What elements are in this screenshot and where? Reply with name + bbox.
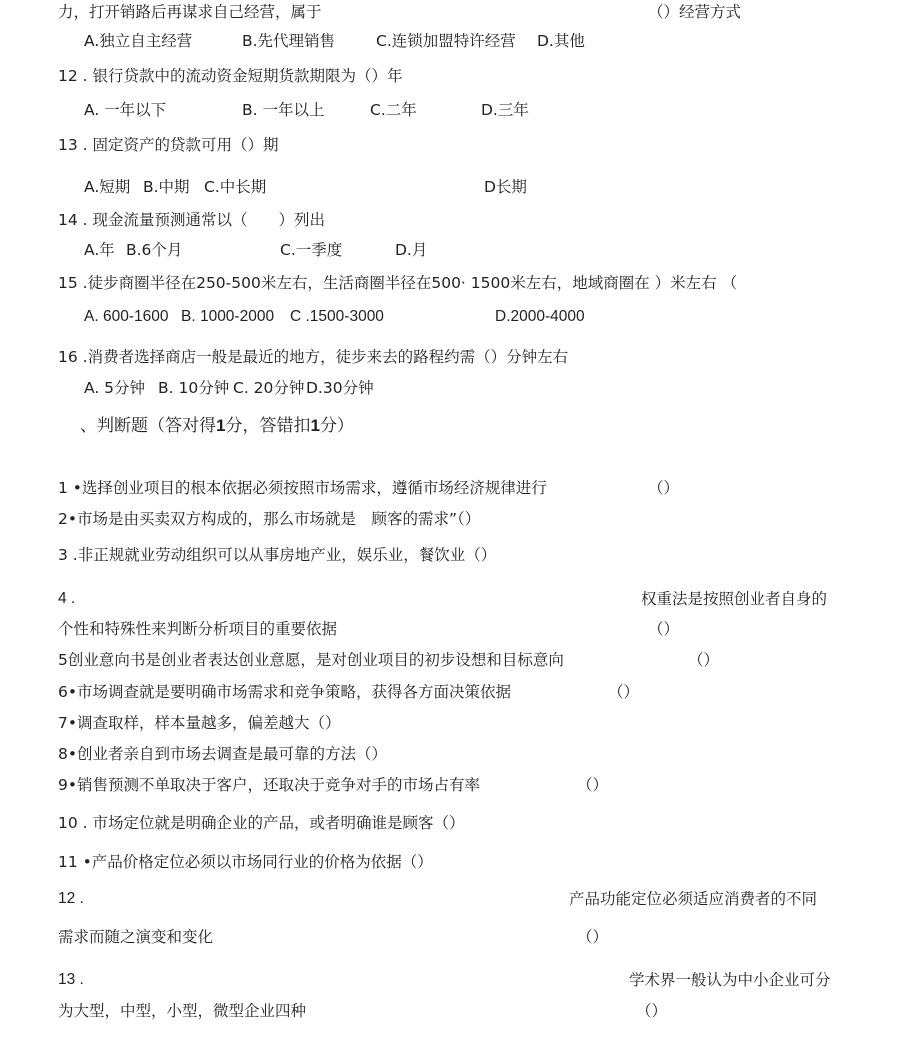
q11-option-b: B.先代理销售 xyxy=(242,31,335,51)
q15-option-a: A. 600-1600 xyxy=(84,307,168,327)
heading-prefix: 、判断题（答对得 xyxy=(80,416,216,436)
q13-option-d: D长期 xyxy=(484,177,527,197)
q12-option-a: A. 一年以下 xyxy=(84,100,166,120)
judgement-12-number: 12 . xyxy=(58,889,84,909)
q16-text: 16 .消费者选择商店一般是最近的地方，徒步来去的路程约需（）分钟左右 xyxy=(58,347,568,367)
q14-option-d: D.月 xyxy=(395,240,427,260)
q14-option-b: B.6个月 xyxy=(126,240,182,260)
heading-score-wrong: 1 xyxy=(310,416,319,435)
q16-option-d: D.30分钟 xyxy=(306,378,374,398)
q14-option-a: A.年 xyxy=(84,240,115,260)
judgement-5-text: 5创业意向书是创业者表达创业意愿，是对创业项目的初步设想和目标意向 xyxy=(58,650,564,670)
section-heading-judgement: 、判断题（答对得1分，答错扣1分） xyxy=(80,416,354,436)
q11-option-a: A.独立自主经营 xyxy=(84,31,192,51)
judgement-6-blank: （） xyxy=(608,682,639,702)
judgement-4-number: 4 . xyxy=(58,589,75,609)
judgement-13-number: 13 . xyxy=(58,970,84,990)
judgement-7-text: 7•调查取样，样本量越多，偏差越大（） xyxy=(58,713,341,733)
heading-suffix: 分） xyxy=(320,416,354,436)
judgement-13-text: 学术界一般认为中小企业可分 xyxy=(629,970,831,990)
q13-text: 13 . 固定资产的贷款可用（）期 xyxy=(58,135,279,155)
q13-option-c: C.中长期 xyxy=(204,177,266,197)
judgement-1-text: 1 •选择创业项目的根本依据必须按照市场需求，遵循市场经济规律进行 xyxy=(58,478,547,498)
judgement-4-blank: （） xyxy=(648,619,679,639)
q13-option-a: A.短期 xyxy=(84,177,130,197)
q12-option-c: C.二年 xyxy=(370,100,417,120)
judgement-2-text: 2•市场是由买卖双方构成的，那么市场就是 顾客的需求”（） xyxy=(58,509,480,529)
q15-text: 15 .徒步商圈半径在250-500米左右，生活商圈半径在500· 1500米左… xyxy=(58,273,737,293)
q15-option-b: B. 1000-2000 xyxy=(181,307,274,327)
judgement-13-blank: （） xyxy=(636,1001,667,1021)
judgement-10-text: 10 . 市场定位就是明确企业的产品，或者明确谁是顾客（） xyxy=(58,813,465,833)
q11-blank: （）经营方式 xyxy=(648,2,741,22)
heading-mid: 分，答错扣 xyxy=(225,416,310,436)
judgement-12-continuation: 需求而随之演变和变化 xyxy=(58,927,213,947)
q13-option-b: B.中期 xyxy=(143,177,190,197)
judgement-13-continuation: 为大型，中型，小型，微型企业四种 xyxy=(58,1001,306,1021)
judgement-1-blank: （） xyxy=(648,478,679,498)
judgement-8-text: 8•创业者亲自到市场去调查是最可靠的方法（） xyxy=(58,744,387,764)
judgement-9-text: 9•销售预测不单取决于客户，还取决于竞争对手的市场占有率 xyxy=(58,775,480,795)
judgement-4-continuation: 个性和特殊性来判断分析项目的重要依据 xyxy=(58,619,337,639)
q16-option-c: C. 20分钟 xyxy=(233,378,304,398)
judgement-12-text: 产品功能定位必须适应消费者的不同 xyxy=(569,889,817,909)
judgement-11-text: 11 •产品价格定位必须以市场同行业的价格为依据（） xyxy=(58,852,433,872)
judgement-12-blank: （） xyxy=(577,927,608,947)
q11-option-d: D.其他 xyxy=(537,31,585,51)
q11-option-c: C.连锁加盟特许经营 xyxy=(376,31,516,51)
q15-option-d: D.2000-4000 xyxy=(495,307,585,327)
judgement-3-text: 3 .非正规就业劳动组织可以从事房地产业，娱乐业，餐饮业（） xyxy=(58,545,496,565)
judgement-9-blank: （） xyxy=(577,775,608,795)
q12-option-b: B. 一年以上 xyxy=(242,100,325,120)
q15-option-c: C .1500-3000 xyxy=(290,307,384,327)
q11-continuation: 力，打开销路后再谋求自己经营，属于 xyxy=(58,2,322,22)
q16-option-a: A. 5分钟 xyxy=(84,378,145,398)
q12-option-d: D.三年 xyxy=(481,100,529,120)
judgement-4-text: 权重法是按照创业者自身的 xyxy=(641,589,827,609)
q14-option-c: C.一季度 xyxy=(280,240,342,260)
q14-text: 14 . 现金流量预测通常以（ ）列出 xyxy=(58,210,325,230)
judgement-6-text: 6•市场调查就是要明确市场需求和竞争策略，获得各方面决策依据 xyxy=(58,682,511,702)
judgement-5-blank: （） xyxy=(688,650,719,670)
q12-text: 12 . 银行贷款中的流动资金短期货款期限为（）年 xyxy=(58,66,403,86)
q16-option-b: B. 10分钟 xyxy=(158,378,229,398)
